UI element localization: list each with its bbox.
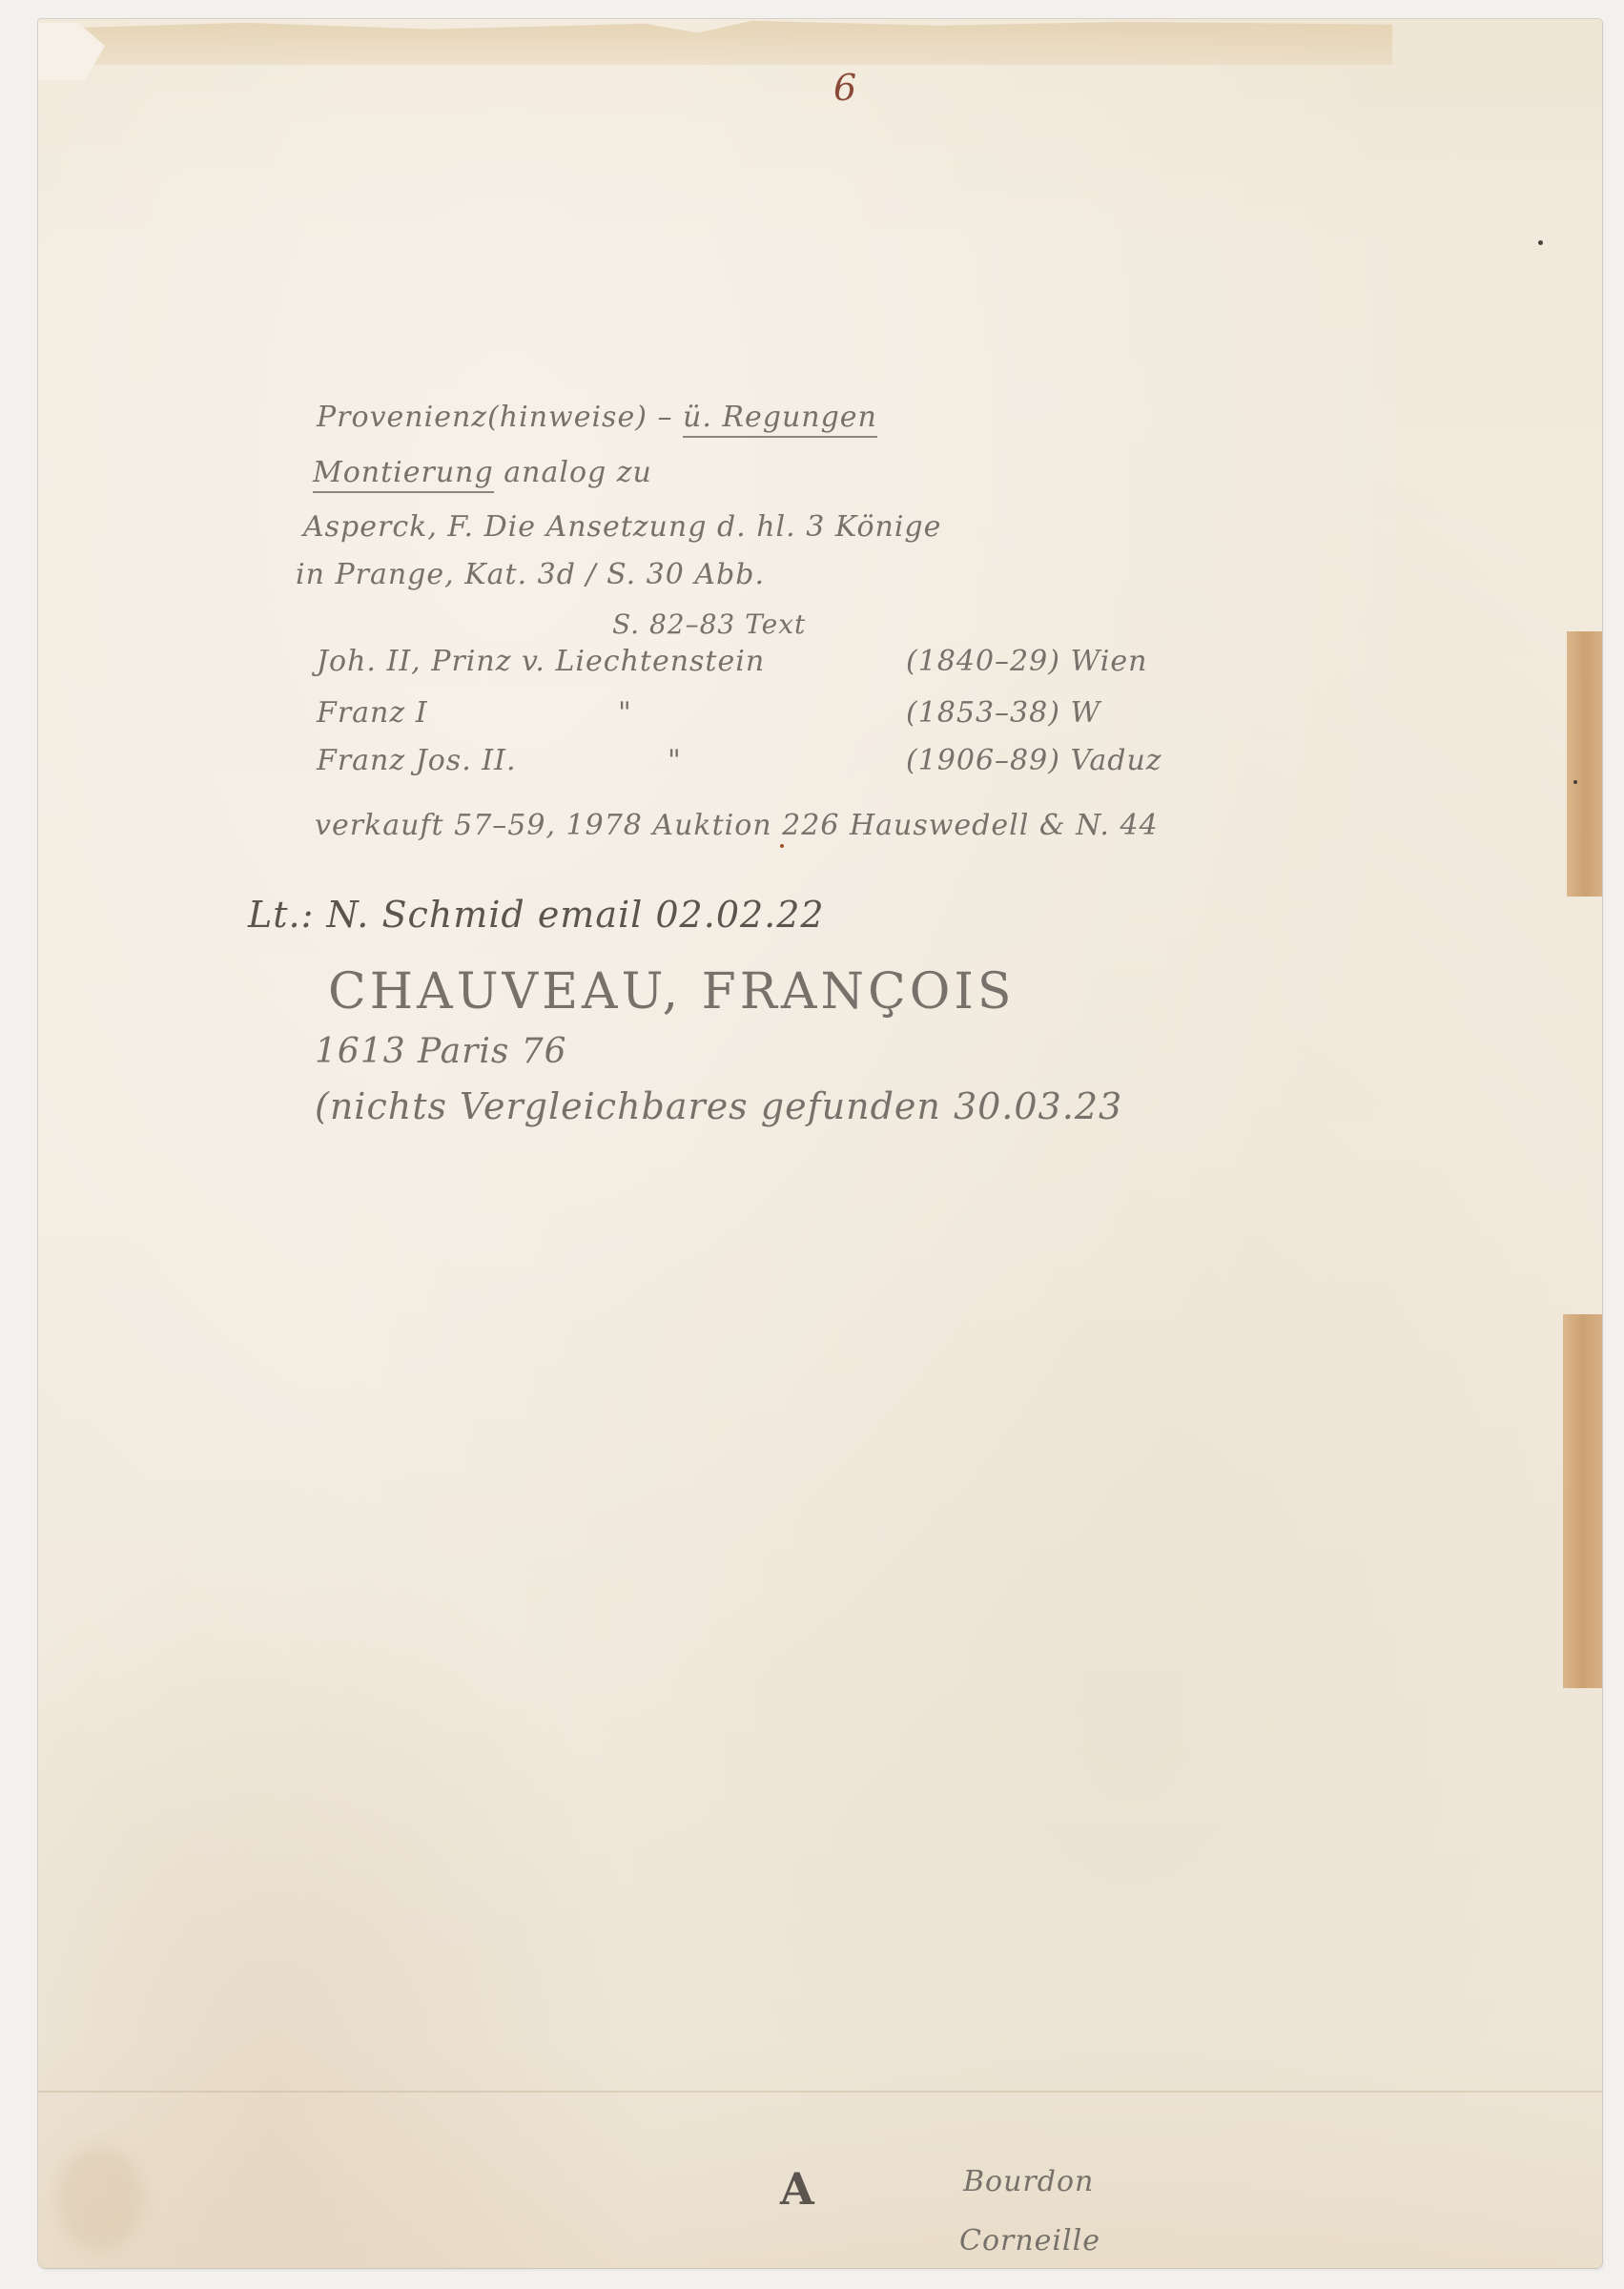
footer-note-line-1: Bourdon [963, 2165, 1094, 2198]
page-number: 6 [833, 67, 857, 109]
paper-crease [38, 2091, 1602, 2093]
paper-speck [1538, 240, 1543, 245]
tape-strip-lower [1563, 1314, 1602, 1688]
artist-life-dates: 1613 Paris 76 [315, 1032, 567, 1071]
mounting-note: Montierung analog zu [313, 456, 652, 489]
reference-line-2: in Prange, Kat. 3d / S. 30 Abb. [296, 558, 765, 591]
paper-speck [1573, 780, 1577, 784]
provenance-dates: (1853–38) W [906, 696, 1100, 730]
artist-name: CHAUVEAU, FRANÇOIS [328, 963, 1016, 1021]
footer-letter-mark: A [780, 2163, 815, 2215]
literature-note: Lt.: N. Schmid email 02.02.22 [248, 894, 825, 936]
provenance-heading-text: Provenienz(hinweise) – [317, 401, 672, 434]
ditto-mark: " [668, 744, 682, 777]
reference-line: Asperck, F. Die Ansetzung d. hl. 3 König… [303, 510, 941, 544]
scanned-document: 6 Provenienz(hinweise) – ü. Regungen Mon… [0, 0, 1624, 2289]
footer-note-line-2: Corneille [959, 2224, 1100, 2258]
provenance-dates: (1840–29) Wien [906, 645, 1147, 678]
provenance-dates: (1906–89) Vaduz [906, 744, 1162, 777]
provenance-owner: Franz Jos. II. [317, 744, 517, 777]
reference-line-3: S. 82–83 Text [612, 608, 806, 640]
foxing-stain [57, 2146, 143, 2251]
provenance-heading: Provenienz(hinweise) – ü. Regungen [317, 401, 877, 434]
tape-strip-upper [1567, 631, 1602, 897]
provenance-heading-underlined: ü. Regungen [683, 401, 877, 438]
sale-note: verkauft 57–59, 1978 Auktion 226 Hauswed… [315, 809, 1159, 842]
paper-speck [780, 844, 784, 848]
mounting-text: analog zu [504, 456, 652, 489]
mounting-label: Montierung [313, 456, 494, 493]
provenance-owner: Franz I [317, 696, 428, 730]
ditto-mark: " [618, 696, 632, 730]
paper-sheet [38, 19, 1602, 2268]
provenance-owner: Joh. II, Prinz v. Liechtenstein [317, 645, 765, 678]
search-result-note: (nichts Vergleichbares gefunden 30.03.23 [315, 1085, 1122, 1127]
